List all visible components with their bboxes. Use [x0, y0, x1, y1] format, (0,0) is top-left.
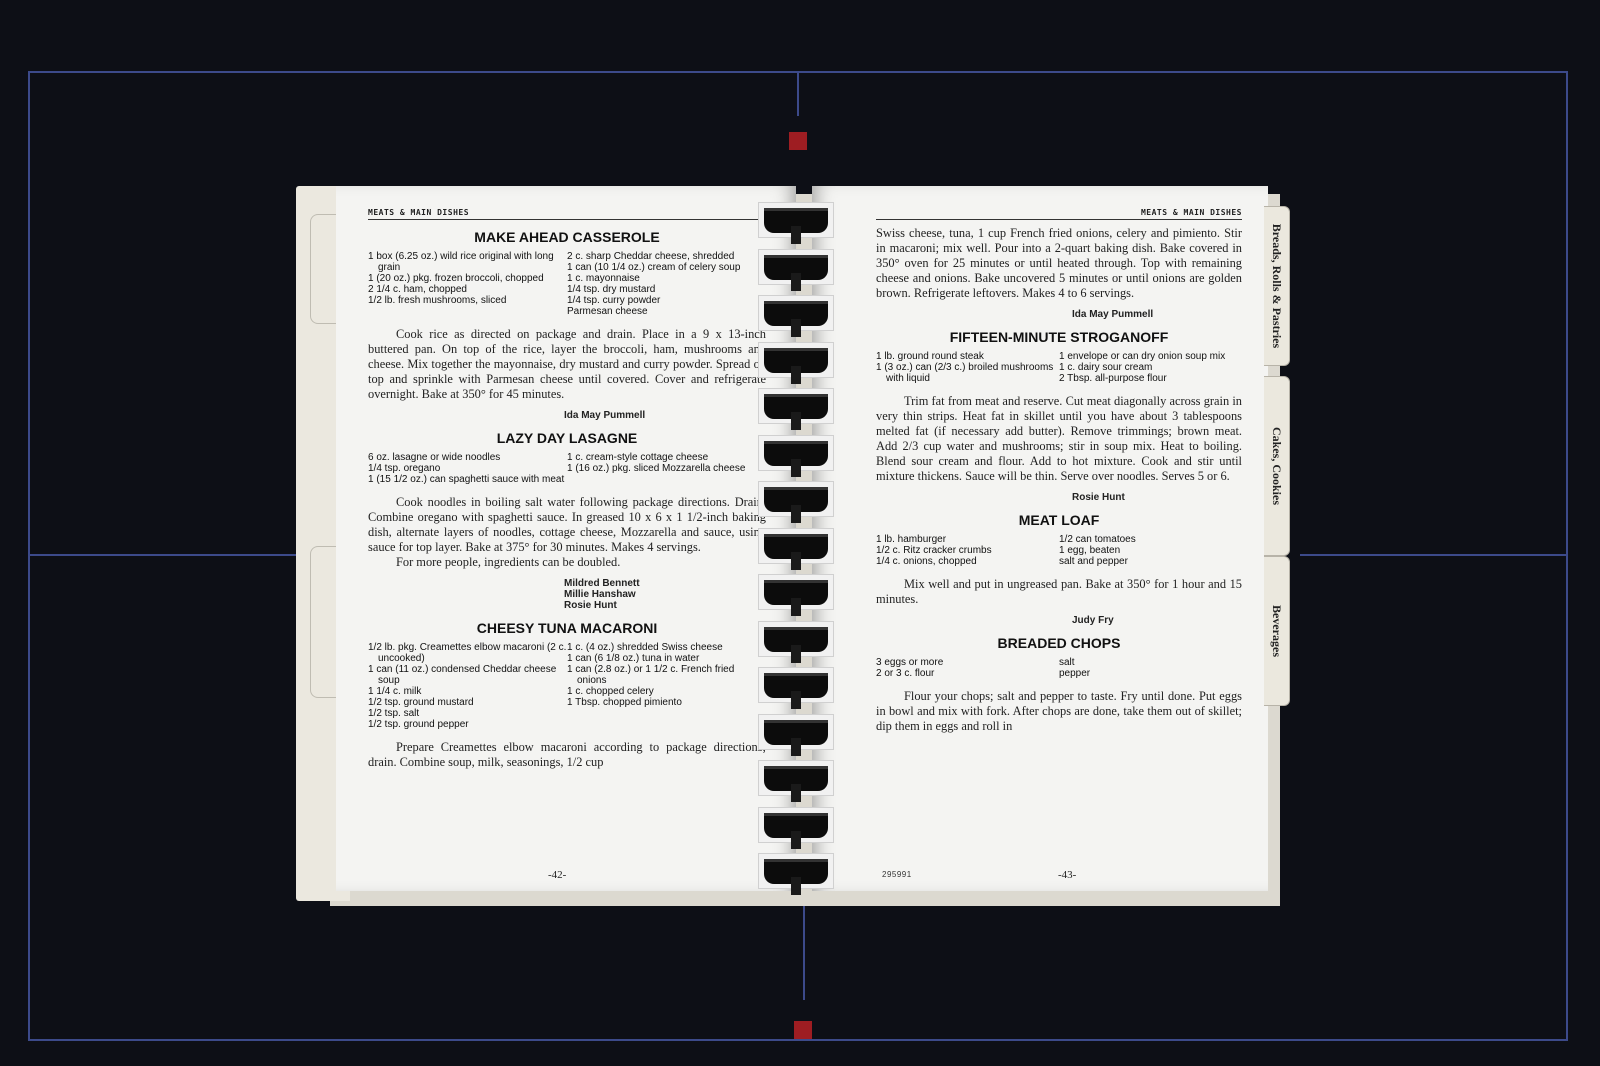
ingredient: 1 can (6 1/8 oz.) tuna in water [567, 653, 766, 664]
ingredient: 1 c. chopped celery [567, 686, 766, 697]
ingredient: 1 (15 1/2 oz.) can spaghetti sauce with … [368, 474, 567, 485]
recipe-make-ahead-casserole: MAKE AHEAD CASSEROLE 1 box (6.25 oz.) wi… [368, 229, 766, 421]
recipe-directions: Cook noodles in boiling salt water follo… [368, 495, 766, 570]
recipe-author: Ida May Pummell [564, 410, 766, 421]
continued-directions: Swiss cheese, tuna, 1 cup French fried o… [876, 226, 1242, 301]
tab-cakes-cookies[interactable]: Cakes, Cookies [1264, 376, 1290, 556]
ingredient: 1 can (10 1/4 oz.) cream of celery soup [567, 262, 766, 273]
recipe-cheesy-tuna-macaroni: CHEESY TUNA MACARONI 1/2 lb. pkg. Creame… [368, 620, 766, 770]
binding-coil [758, 853, 834, 889]
recipe-directions: Flour your chops; salt and pepper to tas… [876, 689, 1242, 734]
ingredient: 1/4 tsp. curry powder [567, 295, 766, 306]
ingredient: 1 can (2.8 oz.) or 1 1/2 c. French fried… [567, 664, 766, 686]
ingredient: 1 c. mayonnaise [567, 273, 766, 284]
recipe-title: CHEESY TUNA MACARONI [368, 620, 766, 636]
ingredient: 1 (20 oz.) pkg. frozen broccoli, chopped [368, 273, 567, 284]
binding-coil [758, 435, 834, 471]
ingredient: pepper [1059, 668, 1242, 679]
ingredient: 1/2 c. Ritz cracker crumbs [876, 545, 1059, 556]
center-marker-bottom [794, 1021, 812, 1039]
page-number: -42- [548, 869, 566, 881]
section-tabs: Breads, Rolls & Pastries Cakes, Cookies … [1264, 206, 1292, 896]
binding-coil [758, 295, 834, 331]
binding-coil [758, 388, 834, 424]
ingredient: salt [1059, 657, 1242, 668]
ingredient: 1/4 c. onions, chopped [876, 556, 1059, 567]
ingredient: 3 eggs or more [876, 657, 1059, 668]
ingredient: 2 c. sharp Cheddar cheese, shredded [567, 251, 766, 262]
tab-breads-rolls-pastries[interactable]: Breads, Rolls & Pastries [1264, 206, 1290, 366]
ingredient: 1 c. (4 oz.) shredded Swiss cheese [567, 642, 766, 653]
guide-horizontal-left [28, 554, 298, 556]
ingredient: 1 lb. hamburger [876, 534, 1059, 545]
recipe-meat-loaf: MEAT LOAF 1 lb. hamburger 1/2 c. Ritz cr… [876, 512, 1242, 626]
page-42: MEATS & MAIN DISHES MAKE AHEAD CASSEROLE… [336, 186, 796, 891]
page-43: MEATS & MAIN DISHES Swiss cheese, tuna, … [812, 186, 1268, 891]
center-marker-top [789, 132, 807, 150]
ingredient: 6 oz. lasagne or wide noodles [368, 452, 567, 463]
ingredient-list: 1 box (6.25 oz.) wild rice original with… [368, 251, 766, 317]
recipe-directions: Prepare Creamettes elbow macaroni accord… [368, 740, 766, 770]
guide-bottom-left [28, 1039, 792, 1041]
binding-coil [758, 667, 834, 703]
recipe-lazy-day-lasagne: LAZY DAY LASAGNE 6 oz. lasagne or wide n… [368, 430, 766, 611]
binding-coil [758, 621, 834, 657]
ingredient: 1 (3 oz.) can (2/3 c.) broiled mushrooms… [876, 362, 1059, 384]
recipe-author: Ida May Pummell [1072, 309, 1242, 320]
print-code: 295991 [882, 870, 912, 879]
ingredient: 1/2 can tomatoes [1059, 534, 1242, 545]
recipe-title: MEAT LOAF [876, 512, 1242, 528]
ingredient: 2 1/4 c. ham, chopped [368, 284, 567, 295]
binding-coil [758, 202, 834, 238]
ingredient: Parmesan cheese [567, 306, 766, 317]
binding-coil [758, 342, 834, 378]
binding-coil [758, 807, 834, 843]
tab-beverages[interactable]: Beverages [1264, 556, 1290, 706]
recipe-author: Judy Fry [1072, 615, 1242, 626]
ingredient: 1 (16 oz.) pkg. sliced Mozzarella cheese [567, 463, 766, 474]
recipe-breaded-chops: BREADED CHOPS 3 eggs or more 2 or 3 c. f… [876, 635, 1242, 734]
recipe-directions: Trim fat from meat and reserve. Cut meat… [876, 394, 1242, 484]
ingredient-list: 1 lb. hamburger 1/2 c. Ritz cracker crum… [876, 534, 1242, 567]
page-number: -43- [1058, 869, 1076, 881]
ingredient: 1 box (6.25 oz.) wild rice original with… [368, 251, 567, 273]
ingredient: 1 egg, beaten [1059, 545, 1242, 556]
ingredient: 1/2 tsp. salt [368, 708, 567, 719]
ingredient: 2 or 3 c. flour [876, 668, 1059, 679]
recipe-author: Rosie Hunt [1072, 492, 1242, 503]
guide-vertical-top [797, 71, 799, 116]
ingredient-list: 1/2 lb. pkg. Creamettes elbow macaroni (… [368, 642, 766, 730]
ingredient: 1/2 lb. fresh mushrooms, sliced [368, 295, 567, 306]
ingredient-list: 1 lb. ground round steak 1 (3 oz.) can (… [876, 351, 1242, 384]
ingredient: 1/2 tsp. ground mustard [368, 697, 567, 708]
running-header: MEATS & MAIN DISHES [876, 208, 1242, 220]
binding-coil [758, 760, 834, 796]
ingredient: 1 envelope or can dry onion soup mix [1059, 351, 1242, 362]
ingredient: 1/2 lb. pkg. Creamettes elbow macaroni (… [368, 642, 567, 664]
recipe-directions: Mix well and put in ungreased pan. Bake … [876, 577, 1242, 607]
ingredient: salt and pepper [1059, 556, 1242, 567]
binding-coil [758, 574, 834, 610]
open-cookbook: MEATS & MAIN DISHES MAKE AHEAD CASSEROLE… [296, 186, 1296, 906]
running-header: MEATS & MAIN DISHES [368, 208, 766, 220]
ingredient: 1 can (11 oz.) condensed Cheddar cheese … [368, 664, 567, 686]
recipe-title: MAKE AHEAD CASSEROLE [368, 229, 766, 245]
ingredient-list: 6 oz. lasagne or wide noodles 1/4 tsp. o… [368, 452, 766, 485]
ingredient: 1 c. dairy sour cream [1059, 362, 1242, 373]
recipe-fifteen-minute-stroganoff: FIFTEEN-MINUTE STROGANOFF 1 lb. ground r… [876, 329, 1242, 503]
guide-horizontal-right [1300, 554, 1568, 556]
ingredient: 1/4 tsp. dry mustard [567, 284, 766, 295]
recipe-title: FIFTEEN-MINUTE STROGANOFF [876, 329, 1242, 345]
ingredient: 1/2 tsp. ground pepper [368, 719, 567, 730]
spiral-binding [758, 202, 834, 900]
recipe-title: LAZY DAY LASAGNE [368, 430, 766, 446]
binding-coil [758, 714, 834, 750]
binding-coil [758, 481, 834, 517]
ingredient: 1 1/4 c. milk [368, 686, 567, 697]
ingredient: 1 Tbsp. chopped pimiento [567, 697, 766, 708]
recipe-author: Mildred Bennett Millie Hanshaw Rosie Hun… [564, 578, 766, 611]
binding-coil [758, 249, 834, 285]
recipe-title: BREADED CHOPS [876, 635, 1242, 651]
ingredient: 1 lb. ground round steak [876, 351, 1059, 362]
ingredient: 2 Tbsp. all-purpose flour [1059, 373, 1242, 384]
ingredient: 1 c. cream-style cottage cheese [567, 452, 766, 463]
ingredient-list: 3 eggs or more 2 or 3 c. flour salt pepp… [876, 657, 1242, 679]
ingredient: 1/4 tsp. oregano [368, 463, 567, 474]
recipe-directions: Cook rice as directed on package and dra… [368, 327, 766, 402]
binding-coil [758, 528, 834, 564]
guide-vertical-bottom [803, 905, 805, 1000]
